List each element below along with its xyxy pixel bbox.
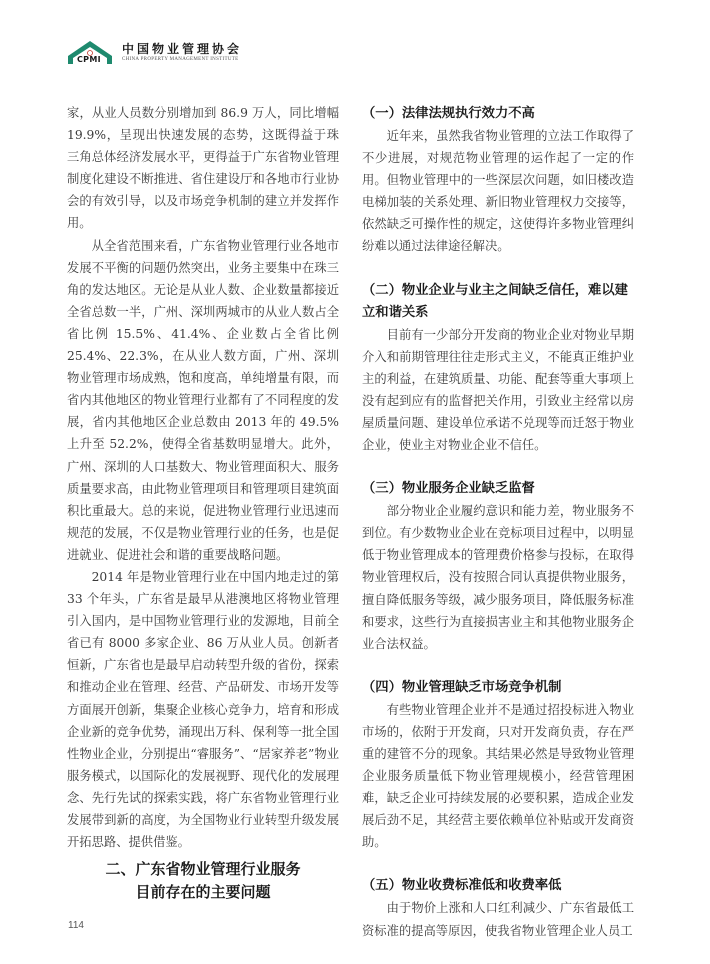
subsection-heading: （五）物业收费标准低和收费率低	[362, 875, 634, 897]
logo-abbr: CPMI	[77, 55, 101, 64]
body-paragraph: 家，从业人员数分别增加到 86.9 万人，同比增幅 19.9%，呈现出快速发展的…	[67, 102, 339, 235]
subsection-body: 近年来，虽然我省物业管理的立法工作取得了不少进展，对规范物业管理的运作起了一定的…	[362, 125, 634, 258]
section-title: 二、广东省物业管理行业服务 目前存在的主要问题	[67, 858, 339, 904]
left-column: 家，从业人员数分别增加到 86.9 万人，同比增幅 19.9%，呈现出快速发展的…	[67, 102, 339, 853]
body-paragraph: 2014 年是物业管理行业在中国内地走过的第 33 个年头，广东省是最早从港澳地…	[67, 566, 339, 853]
logo-text: 中国物业管理协会 CHINA PROPERTY MANAGEMENT INSTI…	[122, 42, 242, 64]
subsection-body: 有些物业管理企业并不是通过招投标进入物业市场的，依附于开发商，只对开发商负责，存…	[362, 699, 634, 854]
subsection-body: 由于物价上涨和人口红利减少、广东省最低工资标准的提高等原因，使我省物业管理企业人…	[362, 897, 634, 941]
subsection-body: 目前有一少部分开发商的物业企业对物业早期介入和前期管理往往走形式主义，不能真正维…	[362, 324, 634, 457]
subsection-heading: （四）物业管理缺乏市场竞争机制	[362, 677, 634, 699]
org-name-cn: 中国物业管理协会	[122, 42, 242, 56]
page-number: 114	[68, 920, 84, 931]
section-title-line-2: 目前存在的主要问题	[67, 881, 339, 904]
page-header: CPMI 中国物业管理协会 CHINA PROPERTY MANAGEMENT …	[68, 40, 242, 66]
cpmi-logo-icon: CPMI	[68, 40, 112, 66]
body-paragraph: 从全省范围来看，广东省物业管理行业各地市发展不平衡的问题仍然突出，业务主要集中在…	[67, 235, 339, 566]
subsection-5: （五）物业收费标准低和收费率低 由于物价上涨和人口红利减少、广东省最低工资标准的…	[362, 875, 634, 941]
subsection-heading: （二）物业企业与业主之间缺乏信任，难以建立和谐关系	[362, 280, 634, 324]
right-column: （一）法律法规执行效力不高 近年来，虽然我省物业管理的立法工作取得了不少进展，对…	[362, 103, 634, 942]
subsection-2: （二）物业企业与业主之间缺乏信任，难以建立和谐关系 目前有一少部分开发商的物业企…	[362, 280, 634, 457]
subsection-4: （四）物业管理缺乏市场竞争机制 有些物业管理企业并不是通过招投标进入物业市场的，…	[362, 677, 634, 854]
subsection-heading: （三）物业服务企业缺乏监督	[362, 478, 634, 500]
subsection-heading: （一）法律法规执行效力不高	[362, 103, 634, 125]
subsection-1: （一）法律法规执行效力不高 近年来，虽然我省物业管理的立法工作取得了不少进展，对…	[362, 103, 634, 258]
org-name-en: CHINA PROPERTY MANAGEMENT INSTITUTE	[122, 56, 242, 64]
section-title-line-1: 二、广东省物业管理行业服务	[67, 858, 339, 881]
subsection-3: （三）物业服务企业缺乏监督 部分物业企业履约意识和能力差，物业服务不到位。有少数…	[362, 478, 634, 655]
subsection-body: 部分物业企业履约意识和能力差，物业服务不到位。有少数物业企业在竞标项目过程中，以…	[362, 500, 634, 655]
